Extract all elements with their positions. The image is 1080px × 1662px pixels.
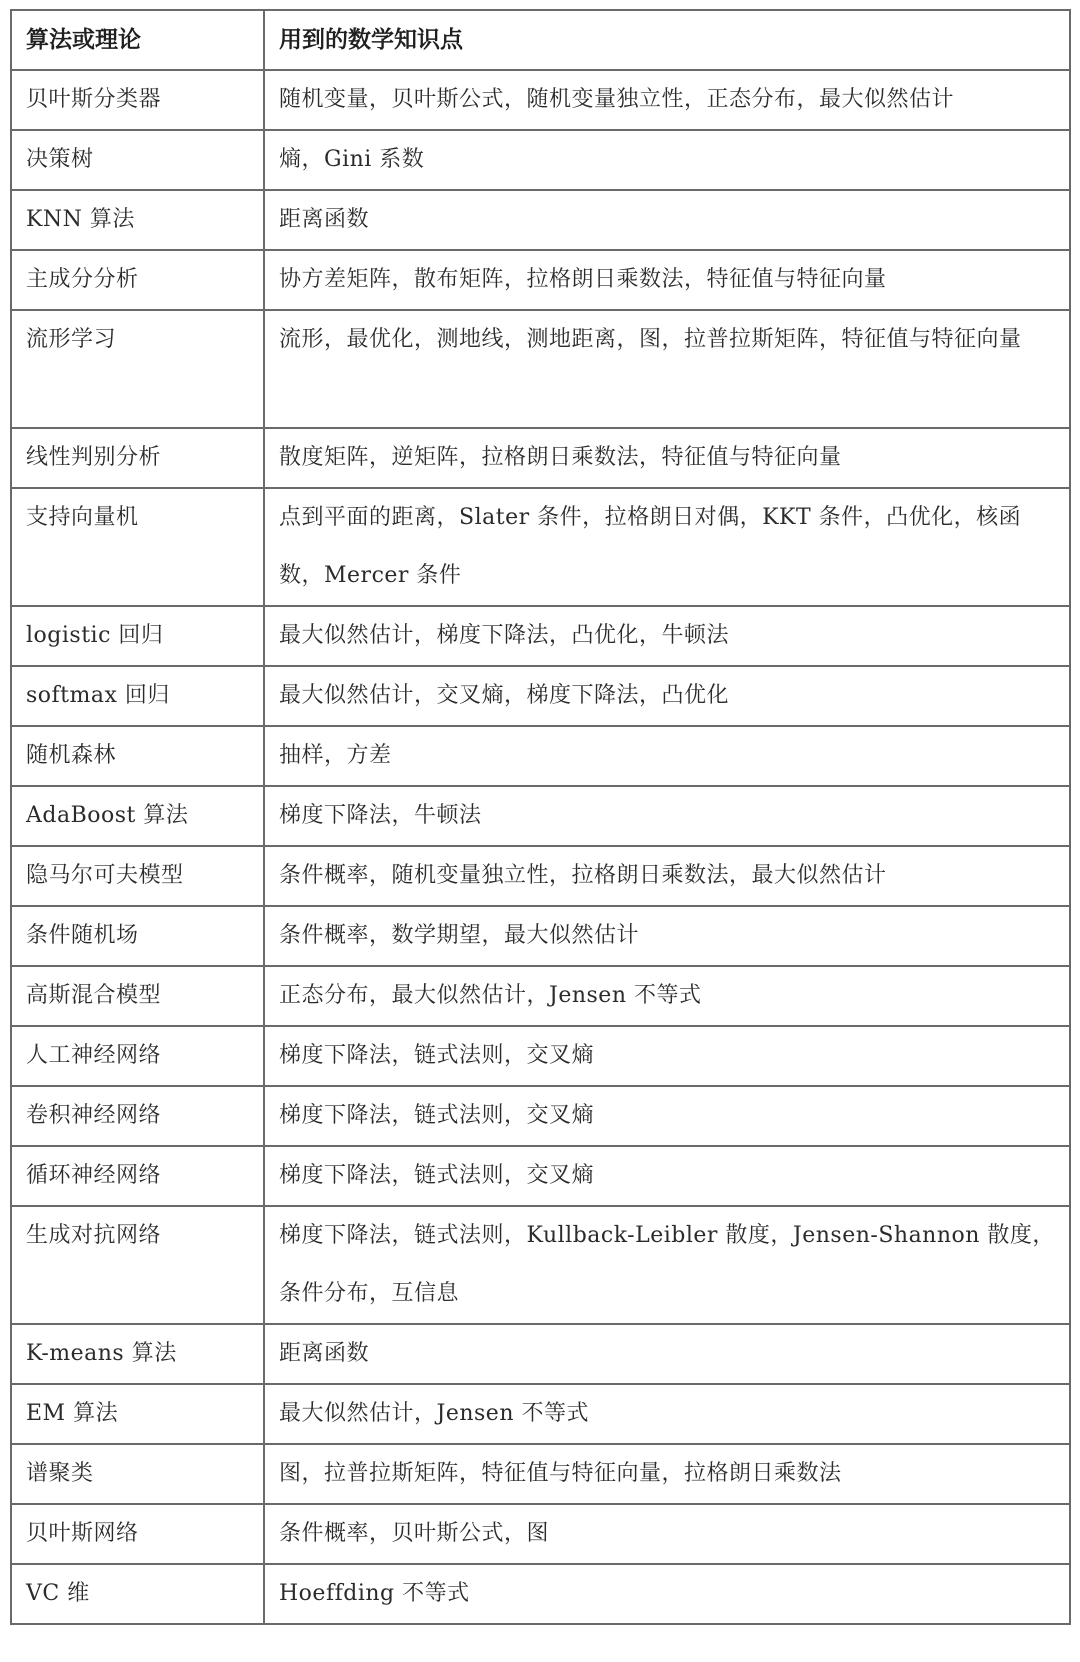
table-row: 随机森林 抽样，方差 (11, 726, 1070, 786)
table-row: 人工神经网络 梯度下降法，链式法则，交叉熵 (11, 1026, 1070, 1086)
table-row: KNN 算法 距离函数 (11, 190, 1070, 250)
algorithm-cell: AdaBoost 算法 (11, 786, 264, 846)
algorithm-cell: 人工神经网络 (11, 1026, 264, 1086)
algorithm-cell: 隐马尔可夫模型 (11, 846, 264, 906)
math-cell: 最大似然估计，梯度下降法，凸优化，牛顿法 (264, 606, 1070, 666)
algorithm-cell: logistic 回归 (11, 606, 264, 666)
algorithm-math-table: 算法或理论 用到的数学知识点 贝叶斯分类器 随机变量，贝叶斯公式，随机变量独立性… (10, 9, 1071, 1625)
math-cell: 散度矩阵，逆矩阵，拉格朗日乘数法，特征值与特征向量 (264, 428, 1070, 488)
table-row: K-means 算法 距离函数 (11, 1324, 1070, 1384)
algorithm-cell: 随机森林 (11, 726, 264, 786)
math-cell: 梯度下降法，链式法则，交叉熵 (264, 1026, 1070, 1086)
math-cell: 最大似然估计，交叉熵，梯度下降法，凸优化 (264, 666, 1070, 726)
math-cell: 随机变量，贝叶斯公式，随机变量独立性，正态分布，最大似然估计 (264, 70, 1070, 130)
math-cell: 距离函数 (264, 1324, 1070, 1384)
table-row: 主成分分析 协方差矩阵，散布矩阵，拉格朗日乘数法，特征值与特征向量 (11, 250, 1070, 310)
table-row: 条件随机场 条件概率，数学期望，最大似然估计 (11, 906, 1070, 966)
algorithm-cell: 生成对抗网络 (11, 1206, 264, 1324)
algorithm-cell: EM 算法 (11, 1384, 264, 1444)
math-cell: 流形，最优化，测地线，测地距离，图，拉普拉斯矩阵，特征值与特征向量 (264, 310, 1070, 428)
table-row: AdaBoost 算法 梯度下降法，牛顿法 (11, 786, 1070, 846)
math-cell: 点到平面的距离，Slater 条件，拉格朗日对偶，KKT 条件，凸优化，核函数，… (264, 488, 1070, 606)
table-row: 谱聚类 图，拉普拉斯矩阵，特征值与特征向量，拉格朗日乘数法 (11, 1444, 1070, 1504)
math-cell: 梯度下降法，链式法则，Kullback-Leibler 散度，Jensen-Sh… (264, 1206, 1070, 1324)
table-row: softmax 回归 最大似然估计，交叉熵，梯度下降法，凸优化 (11, 666, 1070, 726)
algorithm-cell: 主成分分析 (11, 250, 264, 310)
math-cell: 距离函数 (264, 190, 1070, 250)
table-row: logistic 回归 最大似然估计，梯度下降法，凸优化，牛顿法 (11, 606, 1070, 666)
algorithm-cell: softmax 回归 (11, 666, 264, 726)
math-cell: 梯度下降法，链式法则，交叉熵 (264, 1146, 1070, 1206)
table-row: 循环神经网络 梯度下降法，链式法则，交叉熵 (11, 1146, 1070, 1206)
header-math-knowledge: 用到的数学知识点 (264, 10, 1070, 70)
table-row: 贝叶斯网络 条件概率，贝叶斯公式，图 (11, 1504, 1070, 1564)
math-cell: 梯度下降法，牛顿法 (264, 786, 1070, 846)
math-cell: 正态分布，最大似然估计，Jensen 不等式 (264, 966, 1070, 1026)
algorithm-cell: 线性判别分析 (11, 428, 264, 488)
table-row: 隐马尔可夫模型 条件概率，随机变量独立性，拉格朗日乘数法，最大似然估计 (11, 846, 1070, 906)
algorithm-cell: 决策树 (11, 130, 264, 190)
math-cell: 条件概率，随机变量独立性，拉格朗日乘数法，最大似然估计 (264, 846, 1070, 906)
algorithm-cell: 贝叶斯分类器 (11, 70, 264, 130)
math-cell: 图，拉普拉斯矩阵，特征值与特征向量，拉格朗日乘数法 (264, 1444, 1070, 1504)
math-cell: 梯度下降法，链式法则，交叉熵 (264, 1086, 1070, 1146)
table-row: 生成对抗网络 梯度下降法，链式法则，Kullback-Leibler 散度，Je… (11, 1206, 1070, 1324)
algorithm-cell: 流形学习 (11, 310, 264, 428)
table-body: 贝叶斯分类器 随机变量，贝叶斯公式，随机变量独立性，正态分布，最大似然估计 决策… (11, 70, 1070, 1624)
algorithm-cell: VC 维 (11, 1564, 264, 1624)
algorithm-cell: 循环神经网络 (11, 1146, 264, 1206)
math-cell: 抽样，方差 (264, 726, 1070, 786)
math-cell: 最大似然估计，Jensen 不等式 (264, 1384, 1070, 1444)
table-row: 卷积神经网络 梯度下降法，链式法则，交叉熵 (11, 1086, 1070, 1146)
algorithm-cell: 卷积神经网络 (11, 1086, 264, 1146)
header-algorithm: 算法或理论 (11, 10, 264, 70)
table-header-row: 算法或理论 用到的数学知识点 (11, 10, 1070, 70)
math-cell: Hoeffding 不等式 (264, 1564, 1070, 1624)
algorithm-cell: 支持向量机 (11, 488, 264, 606)
math-cell: 条件概率，贝叶斯公式，图 (264, 1504, 1070, 1564)
algorithm-cell: 谱聚类 (11, 1444, 264, 1504)
algorithm-cell: 高斯混合模型 (11, 966, 264, 1026)
math-cell: 条件概率，数学期望，最大似然估计 (264, 906, 1070, 966)
algorithm-cell: KNN 算法 (11, 190, 264, 250)
table-row: VC 维 Hoeffding 不等式 (11, 1564, 1070, 1624)
table-row: 高斯混合模型 正态分布，最大似然估计，Jensen 不等式 (11, 966, 1070, 1026)
table-row: 流形学习 流形，最优化，测地线，测地距离，图，拉普拉斯矩阵，特征值与特征向量 (11, 310, 1070, 428)
algorithm-cell: 贝叶斯网络 (11, 1504, 264, 1564)
table-row: 支持向量机 点到平面的距离，Slater 条件，拉格朗日对偶，KKT 条件，凸优… (11, 488, 1070, 606)
math-cell: 熵，Gini 系数 (264, 130, 1070, 190)
table-row: 决策树 熵，Gini 系数 (11, 130, 1070, 190)
algorithm-cell: 条件随机场 (11, 906, 264, 966)
math-cell: 协方差矩阵，散布矩阵，拉格朗日乘数法，特征值与特征向量 (264, 250, 1070, 310)
table-row: 线性判别分析 散度矩阵，逆矩阵，拉格朗日乘数法，特征值与特征向量 (11, 428, 1070, 488)
table-row: 贝叶斯分类器 随机变量，贝叶斯公式，随机变量独立性，正态分布，最大似然估计 (11, 70, 1070, 130)
table-row: EM 算法 最大似然估计，Jensen 不等式 (11, 1384, 1070, 1444)
algorithm-cell: K-means 算法 (11, 1324, 264, 1384)
